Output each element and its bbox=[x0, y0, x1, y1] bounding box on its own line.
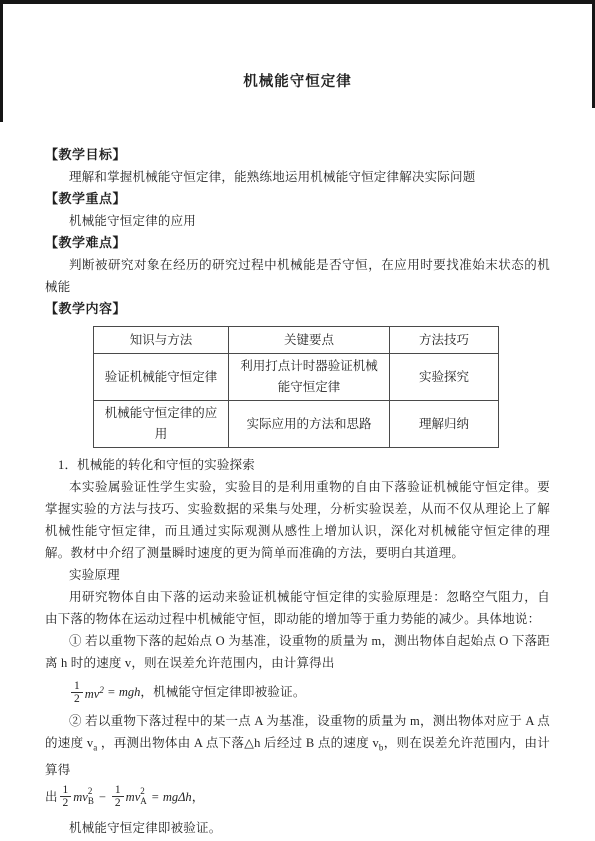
formula-tail-text: ，机械能守恒定律即被验证。 bbox=[140, 679, 305, 705]
fraction-one-half: 12 bbox=[71, 680, 83, 705]
table-cell: 利用打点计时器验证机械能守恒定律 bbox=[229, 354, 390, 401]
table-header-cell: 关键要点 bbox=[229, 327, 390, 354]
paragraph-step-2: ② 若以重物下落过程中的某一点 A 为基准，设重物的质量为 m，测出物体对应于 … bbox=[45, 710, 550, 781]
stacked-sub-sup-A: 2A bbox=[140, 787, 147, 806]
table-header-cell: 方法技巧 bbox=[390, 327, 499, 354]
math-term-vB: mv bbox=[73, 784, 88, 810]
numbered-section-heading: 1．机械能的转化和守恒的实验探索 bbox=[45, 454, 550, 476]
heading-teaching-focus: 【教学重点】 bbox=[45, 188, 550, 210]
math-term: mgh bbox=[119, 679, 141, 705]
teaching-focus-text: 机械能守恒定律的应用 bbox=[45, 210, 550, 232]
math-term-vA: mv bbox=[126, 784, 141, 810]
equals-sign: = bbox=[152, 784, 159, 810]
formula-tail-text: ， bbox=[192, 784, 205, 810]
stacked-sub-sup-B: 2B bbox=[88, 787, 94, 806]
table-cell: 实验探究 bbox=[390, 354, 499, 401]
fraction-one-half: 12 bbox=[60, 784, 72, 809]
paragraph-experiment-intro: 本实验属验证性学生实验，实验目的是利用重物的自由下落验证机械能守恒定律。要掌握实… bbox=[45, 476, 550, 564]
page-title: 机械能守恒定律 bbox=[45, 72, 550, 92]
table-cell: 验证机械能守恒定律 bbox=[94, 354, 229, 401]
formula-kinetic-equals-potential: 12mv2 = mgh ，机械能守恒定律即被验证。 bbox=[45, 677, 550, 707]
paragraph-step-1: ① 若以重物下落的起始点 O 为基准，设重物的质量为 m，测出物体自起始点 O … bbox=[45, 630, 550, 674]
minus-sign: − bbox=[99, 784, 106, 810]
teaching-goal-text: 理解和掌握机械能守恒定律，能熟练地运用机械能守恒定律解决实际问题 bbox=[45, 166, 550, 188]
math-term: mgΔh bbox=[163, 784, 192, 810]
math-term: mv2 bbox=[85, 677, 104, 707]
heading-teaching-content: 【教学内容】 bbox=[45, 298, 550, 320]
heading-teaching-goal: 【教学目标】 bbox=[45, 144, 550, 166]
table-cell: 理解归纳 bbox=[390, 401, 499, 448]
document-page: { "colors": { "ink": "#1f1f1f", "table_b… bbox=[0, 0, 595, 841]
table-row: 机械能守恒定律的应用 实际应用的方法和思路 理解归纳 bbox=[94, 401, 499, 448]
paragraph-principle: 用研究物体自由下落的运动来验证机械能守恒定律的实验原理是：忽略空气阻力，自由下落… bbox=[45, 586, 550, 630]
formula-delta-kinetic-equals-mgdh: 出 12mv2B − 12mv2A = mgΔh ， bbox=[45, 784, 550, 810]
heading-teaching-difficulty: 【教学难点】 bbox=[45, 232, 550, 254]
fraction-one-half: 12 bbox=[112, 784, 124, 809]
equals-sign: = bbox=[108, 679, 115, 705]
page-body: 机械能守恒定律 【教学目标】 理解和掌握机械能守恒定律，能熟练地运用机械能守恒定… bbox=[0, 0, 595, 839]
table-header-row: 知识与方法 关键要点 方法技巧 bbox=[94, 327, 499, 354]
subheading-experiment-principle: 实验原理 bbox=[45, 564, 550, 586]
table-cell: 实际应用的方法和思路 bbox=[229, 401, 390, 448]
table-row: 验证机械能守恒定律 利用打点计时器验证机械能守恒定律 实验探究 bbox=[94, 354, 499, 401]
table-cell: 机械能守恒定律的应用 bbox=[94, 401, 229, 448]
teaching-difficulty-text: 判断被研究对象在经历的研究过程中机械能是否守恒，在应用时要找准始末状态的机械能 bbox=[45, 254, 550, 298]
closing-statement: 机械能守恒定律即被验证。 bbox=[45, 817, 550, 839]
table-header-cell: 知识与方法 bbox=[94, 327, 229, 354]
content-overview-table: 知识与方法 关键要点 方法技巧 验证机械能守恒定律 利用打点计时器验证机械能守恒… bbox=[93, 326, 499, 448]
formula-lead-text: 出 bbox=[45, 784, 58, 810]
